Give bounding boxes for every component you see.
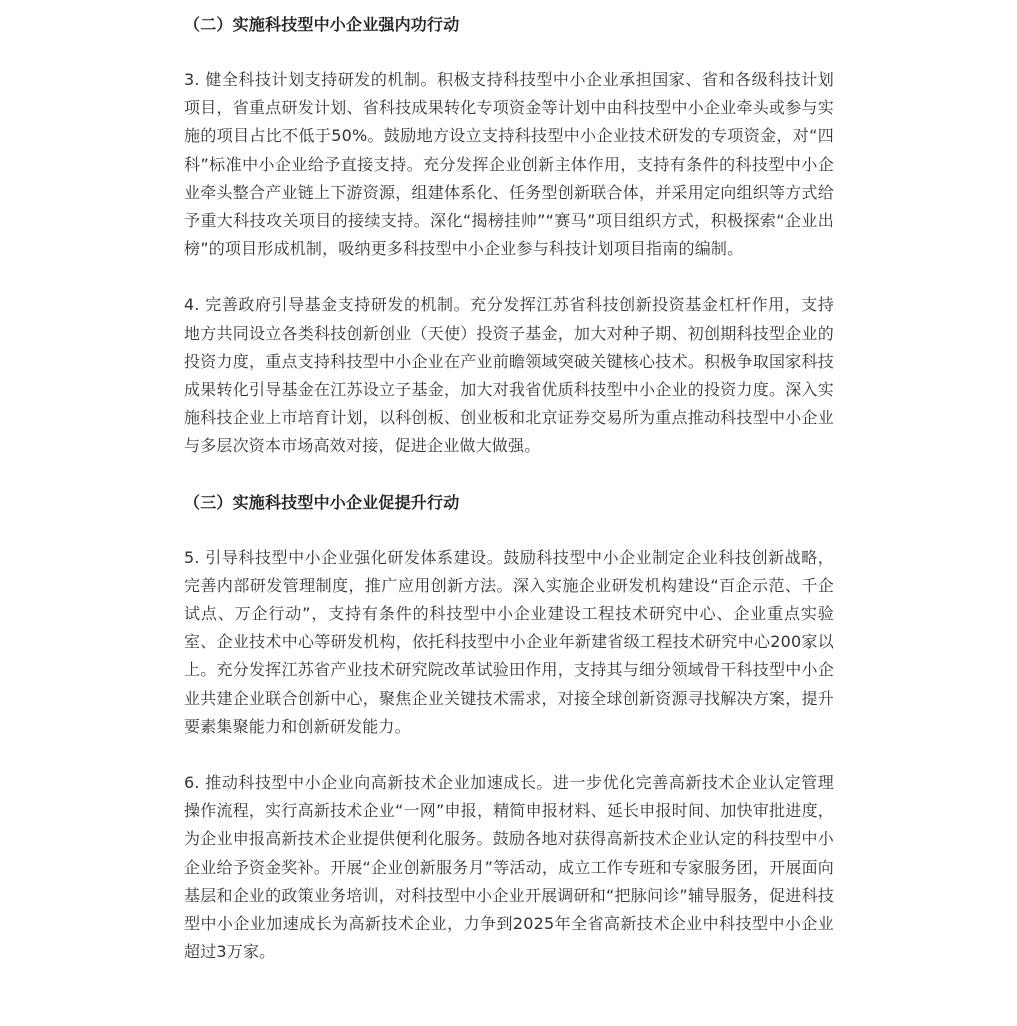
section-heading: （三）实施科技型中小企业促提升行动 — [184, 478, 834, 517]
section-heading: （二）实施科技型中小企业强内功行动 — [184, 0, 834, 39]
paragraph: 3. 健全科技计划支持研发的机制。积极支持科技型中小企业承担国家、省和各级科技计… — [184, 66, 834, 263]
paragraph: 5. 引导科技型中小企业强化研发体系建设。鼓励科技型中小企业制定企业科技创新战略… — [184, 544, 834, 741]
paragraph: 4. 完善政府引导基金支持研发的机制。充分发挥江苏省科技创新投资基金杠杆作用，支… — [184, 291, 834, 460]
article-body: （二）实施科技型中小企业强内功行动 3. 健全科技计划支持研发的机制。积极支持科… — [184, 0, 834, 966]
paragraph: 6. 推动科技型中小企业向高新技术企业加速成长。进一步优化完善高新技术企业认定管… — [184, 769, 834, 966]
